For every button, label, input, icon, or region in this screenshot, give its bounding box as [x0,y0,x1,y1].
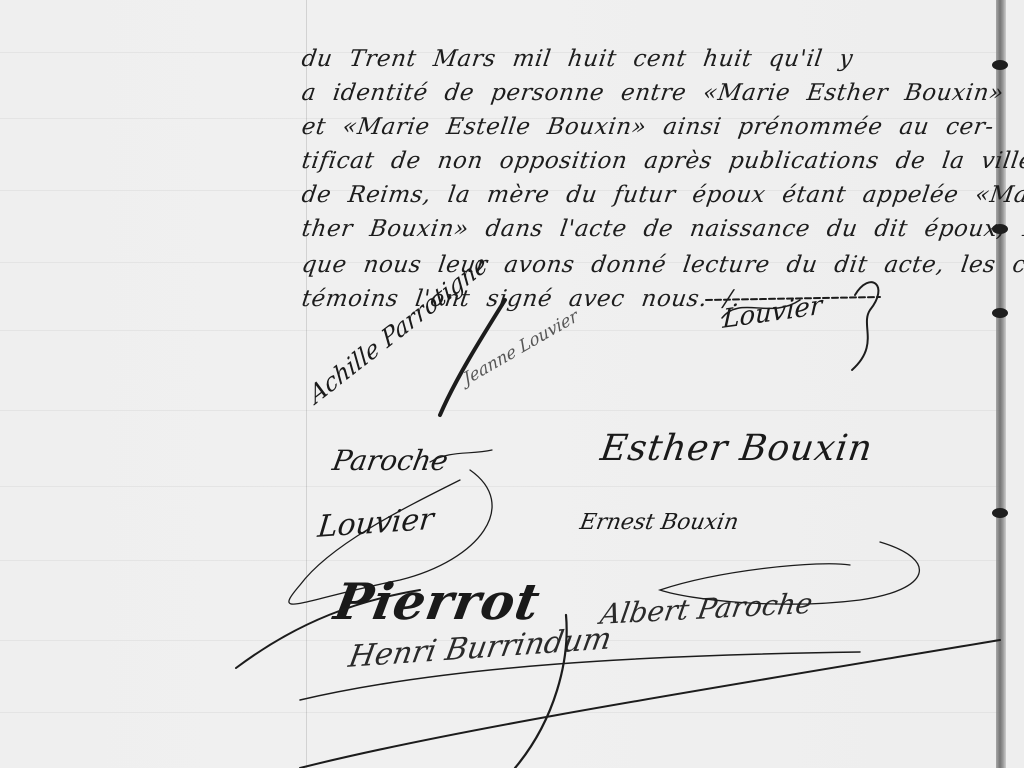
document-page: du Trent Mars mil huit cent huit qu'il y… [0,0,1024,768]
signature-flourishes [0,0,1024,768]
